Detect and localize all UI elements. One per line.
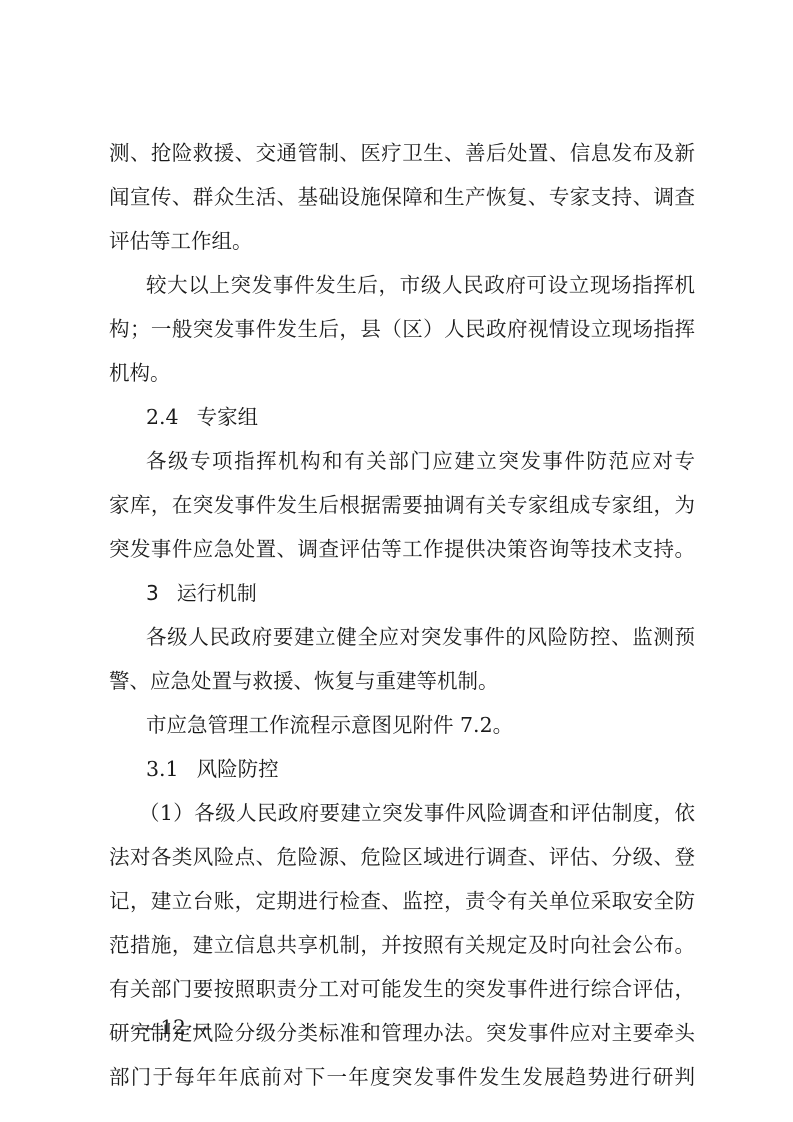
- section-number: 3: [146, 579, 159, 607]
- paragraph-line: 评估等工作组。: [109, 227, 695, 255]
- paragraph-line: 测、抢险救援、交通管制、医疗卫生、善后处置、信息发布及新: [109, 139, 695, 167]
- paragraph-line: 市应急管理工作流程示意图见附件 7.2。: [109, 711, 695, 739]
- paragraph-line: 有关部门要按照职责分工对可能发生的突发事件进行综合评估，: [109, 975, 695, 1003]
- paragraph-line: 突发事件应急处置、调查评估等工作提供决策咨询等技术支持。: [109, 535, 695, 563]
- section-title: 专家组: [197, 405, 259, 429]
- paragraph-line: 构；一般突发事件发生后，县（区）人民政府视情设立现场指挥: [109, 315, 695, 343]
- paragraph-line: 机构。: [109, 359, 695, 387]
- paragraph-line: 闻宣传、群众生活、基础设施保障和生产恢复、专家支持、调查: [109, 183, 695, 211]
- paragraph-line: 范措施，建立信息共享机制，并按照有关规定及时向社会公布。: [109, 931, 695, 959]
- section-title: 运行机制: [177, 581, 257, 605]
- section-title: 风险防控: [197, 757, 279, 781]
- paragraph-line: 各级人民政府要建立健全应对突发事件的风险防控、监测预: [109, 623, 695, 651]
- paragraph-line: 警、应急处置与救援、恢复与重建等机制。: [109, 667, 695, 695]
- paragraph-line: （1）各级人民政府要建立突发事件风险调查和评估制度，依: [109, 799, 695, 827]
- paragraph-line: 较大以上突发事件发生后，市级人民政府可设立现场指挥机: [109, 271, 695, 299]
- section-number: 2.4: [146, 403, 179, 431]
- paragraph-line: 部门于每年年底前对下一年度突发事件发生发展趋势进行研判: [109, 1063, 695, 1091]
- paragraph-line: 法对各类风险点、危险源、危险区域进行调查、评估、分级、登: [109, 843, 695, 871]
- section-heading-2-4: 2.4专家组: [109, 403, 695, 431]
- section-number: 3.1: [146, 755, 179, 783]
- section-heading-3-1: 3.1风险防控: [109, 755, 695, 783]
- paragraph-line: 家库，在突发事件发生后根据需要抽调有关专家组成专家组，为: [109, 491, 695, 519]
- paragraph-line: 各级专项指挥机构和有关部门应建立突发事件防范应对专: [109, 447, 695, 475]
- paragraph-line: 记，建立台账，定期进行检查、监控，责令有关单位采取安全防: [109, 887, 695, 915]
- section-heading-3: 3运行机制: [109, 579, 695, 607]
- page-number: — 12 —: [134, 1013, 212, 1041]
